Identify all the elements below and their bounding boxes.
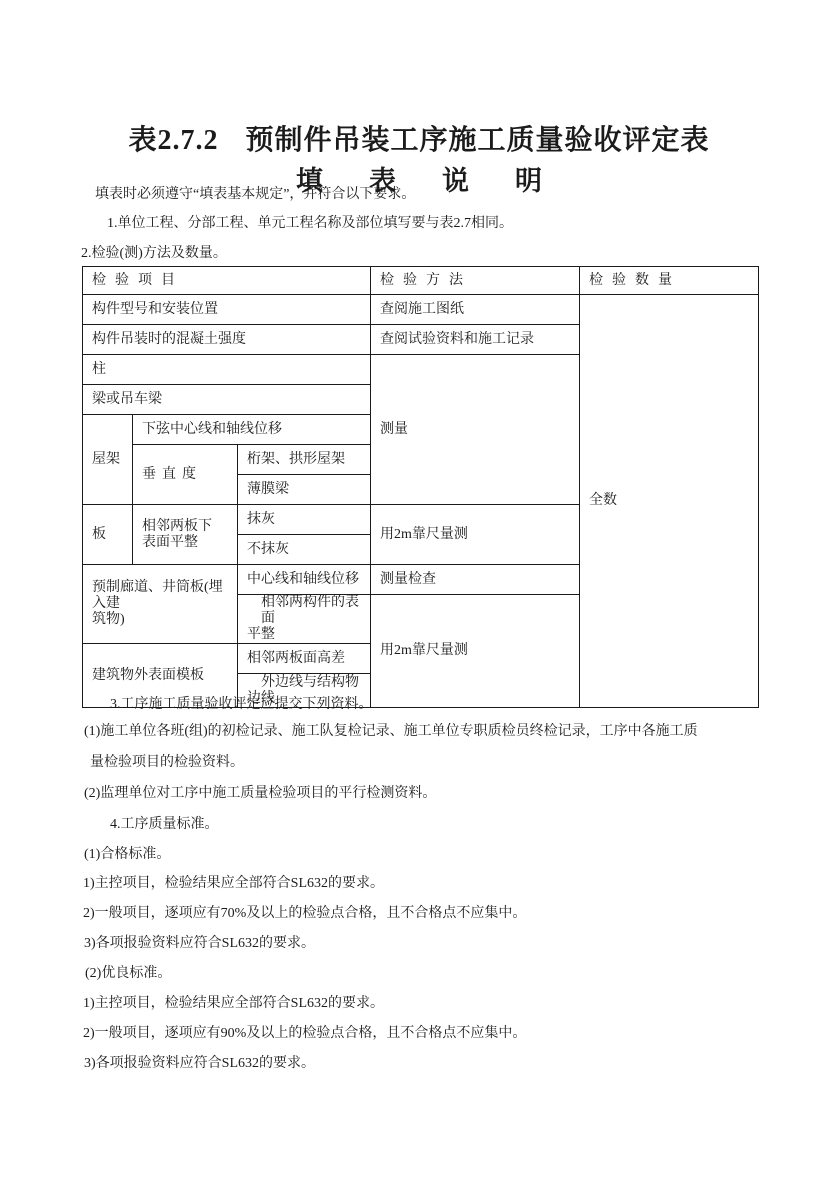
paragraph-note-4: 4.工序质量标准。: [110, 817, 219, 833]
paragraph-note-4-2-3: 3)各项报验资料应符合SL632的要求。: [84, 1056, 315, 1072]
cell-item-lower-chord: 下弦中心线和轴线位移: [133, 415, 371, 445]
table-header-row: 检验项目 检验方法 检验数量: [83, 267, 759, 295]
cell-method-measure-check: 测量检查: [371, 565, 580, 595]
paragraph-note-3-1a: (1)施工单位各班(组)的初检记录、施工队复检记录、施工单位专职质检员终检记录，…: [84, 724, 698, 740]
cell-method-ruler-2m-a: 用2m靠尺量测: [371, 505, 580, 565]
cell-item-slab: 板: [83, 505, 133, 565]
cell-item-beam: 梁或吊车梁: [83, 385, 371, 415]
cell-item-roof-truss: 屋架: [83, 415, 133, 505]
cell-method-ruler-2m-b: 用2m靠尺量测: [371, 595, 580, 708]
paragraph-note-3: 3.工序施工质量验收评定应提交下列资料。: [110, 697, 373, 713]
cell-item-centerline: 中心线和轴线位移: [238, 565, 371, 595]
paragraph-note-4-1-2: 2)一般项目，逐项应有70%及以上的检验点合格，且不合格点不应集中。: [83, 906, 526, 922]
inspection-table: 检验项目 检验方法 检验数量 构件型号和安装位置 查阅施工图纸 全数 构件吊装时…: [82, 266, 759, 708]
cell-item-truss-arch: 桁架、拱形屋架: [238, 445, 371, 475]
cell-item-concrete-strength: 构件吊装时的混凝土强度: [83, 325, 371, 355]
cell-item-adjacent-slabs-line1: 相邻两板下: [142, 519, 235, 535]
cell-item-surface-diff: 相邻两板面高差: [238, 644, 371, 674]
doc-title: 表2.7.2 预制件吊装工序施工质量验收评定表: [0, 118, 838, 158]
doc-title-number: 表2.7.2: [128, 118, 218, 158]
paragraph-note-4-2-2: 2)一般项目，逐项应有90%及以上的检验点合格，且不合格点不应集中。: [83, 1026, 526, 1042]
cell-item-adjacent-slabs-line2: 表面平整: [142, 535, 235, 551]
col-header-method: 检验方法: [371, 267, 580, 295]
cell-item-adjacent-members-line2: 平整: [247, 627, 368, 643]
paragraph-note-4-2: (2)优良标准。: [85, 966, 171, 982]
cell-item-column: 柱: [83, 355, 371, 385]
cell-item-adjacent-members: 相邻两构件的表面 平整: [238, 595, 371, 644]
cell-item-adjacent-members-line1: 相邻两构件的表面: [247, 595, 368, 627]
cell-item-outer-edge-line1: 外边线与结构物: [247, 675, 368, 691]
cell-item-corridor-line1: 预制廊道、井筒板(埋入建: [92, 580, 235, 612]
cell-item-plaster: 抹灰: [238, 505, 371, 535]
cell-method-review-drawings: 查阅施工图纸: [371, 295, 580, 325]
paragraph-note-2: 2.检验(测)方法及数量。: [81, 246, 227, 262]
cell-item-adjacent-slabs: 相邻两板下 表面平整: [133, 505, 238, 565]
paragraph-intro: 填表时必须遵守“填表基本规定”，并符合以下要求。: [95, 187, 415, 203]
col-header-quantity: 检验数量: [580, 267, 759, 295]
paragraph-note-4-2-1: 1)主控项目，检验结果应全部符合SL632的要求。: [83, 996, 384, 1012]
table-row: 构件型号和安装位置 查阅施工图纸 全数: [83, 295, 759, 325]
cell-method-measure: 测量: [371, 355, 580, 505]
paragraph-note-4-1: (1)合格标准。: [84, 847, 170, 863]
cell-item-no-plaster: 不抹灰: [238, 535, 371, 565]
doc-title-text: 预制件吊装工序施工质量验收评定表: [246, 118, 710, 158]
paragraph-note-4-1-1: 1)主控项目，检验结果应全部符合SL632的要求。: [83, 876, 384, 892]
cell-item-corridor-line2: 筑物): [92, 612, 235, 628]
cell-item-verticality: 垂直度: [133, 445, 238, 505]
cell-method-review-test-records: 查阅试验资料和施工记录: [371, 325, 580, 355]
document-page: 表2.7.2 预制件吊装工序施工质量验收评定表 填表说明 填表时必须遵守“填表基…: [0, 0, 838, 1186]
paragraph-note-1: 1.单位工程、分部工程、单元工程名称及部位填写要与表2.7相同。: [107, 216, 513, 232]
paragraph-note-3-2: (2)监理单位对工序中施工质量检验项目的平行检测资料。: [84, 786, 436, 802]
col-header-item: 检验项目: [83, 267, 371, 295]
cell-item-corridor: 预制廊道、井筒板(埋入建 筑物): [83, 565, 238, 644]
paragraph-note-3-1b: 量检验项目的检验资料。: [90, 755, 244, 771]
cell-item-thin-web-beam: 薄膜梁: [238, 475, 371, 505]
paragraph-note-4-1-3: 3)各项报验资料应符合SL632的要求。: [84, 936, 315, 952]
cell-quantity-all: 全数: [580, 295, 759, 708]
cell-item-type-position: 构件型号和安装位置: [83, 295, 371, 325]
